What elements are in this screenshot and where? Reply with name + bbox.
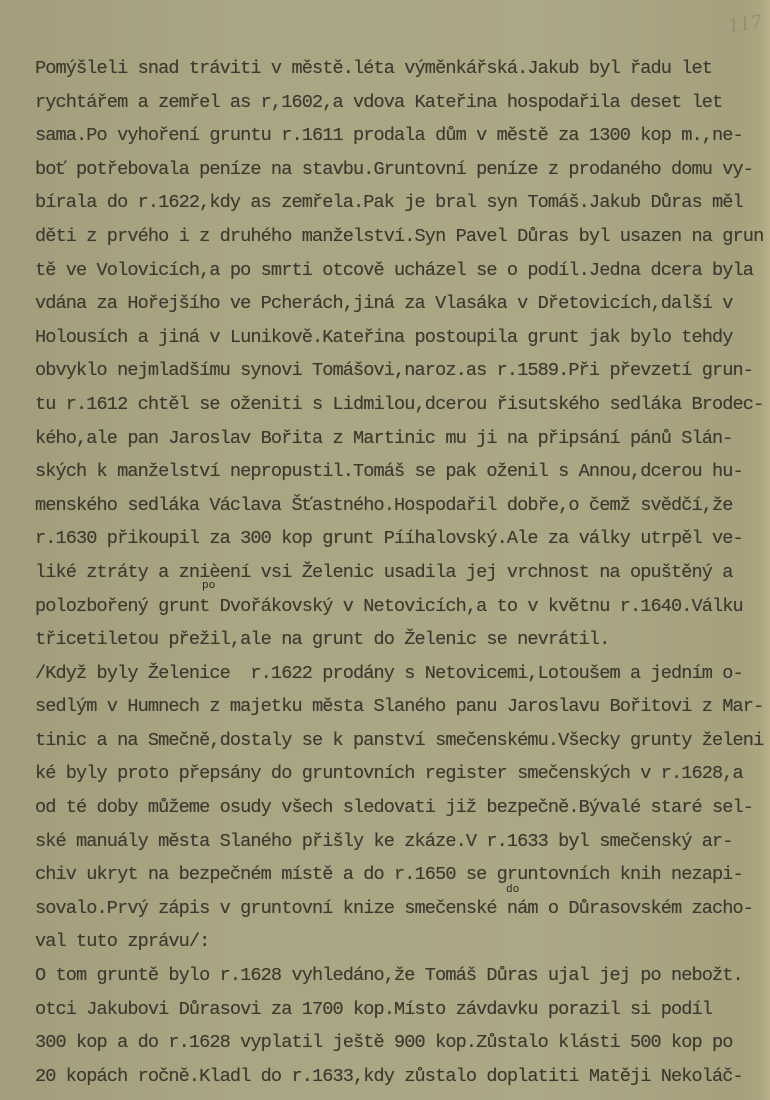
text-line: vdána za Hořejšího ve Pcherách,jiná za V… [35,287,770,321]
text-line: Pomýšleli snad tráviti v městě.léta výmě… [35,52,770,86]
text-line: 20 kopách ročně.Kladl do r.1633,kdy zůst… [35,1060,770,1094]
text-line: menského sedláka Václava Šťastného.Hospo… [35,489,770,523]
text-line: sedlým v Humnech z majetku města Slaného… [35,690,770,724]
text-line: /Když byly Želenice r.1622 prodány s Net… [35,657,770,691]
text-line: kého,ale pan Jaroslav Bořita z Martinic … [35,422,770,456]
text-line: otci Jakubovi Důrasovi za 1700 kop.Místo… [35,993,770,1027]
text-line: rychtářem a zemřel as r,1602,a vdova Kat… [35,86,770,120]
typewritten-body: Pomýšleli snad tráviti v městě.léta výmě… [35,52,770,1093]
text-line: boť potřebovala peníze na stavbu.Gruntov… [35,153,770,187]
text-line: polozbořený grunt Dvořákovský v Netovicí… [35,590,770,624]
text-line: tě ve Volovicích,a po smrti otcově ucház… [35,254,770,288]
text-line: ských k manželství nepropustil.Tomáš se … [35,455,770,489]
text-line: ké byly proto přepsány do gruntovních re… [35,757,770,791]
text-line: sama.Po vyhoření gruntu r.1611 prodala d… [35,119,770,153]
text-line: r.1630 přikoupil za 300 kop grunt Pííhal… [35,522,770,556]
document-page: 117 Pomýšleli snad tráviti v městě.léta … [0,0,770,1100]
text-line: chiv ukryt na bezpečném místě a do r.165… [35,858,770,892]
text-line: obvyklo nejmladšímu synovi Tomášovi,naro… [35,354,770,388]
text-line: liké ztráty a znièení vsi Želenic usadil… [35,556,770,590]
text-line: val tuto zprávu/: [35,925,770,959]
text-line: tinic a na Smečně,dostaly se k panství s… [35,724,770,758]
text-line: děti z prvého i z druhého manželství.Syn… [35,220,770,254]
text-line: tu r.1612 chtěl se oženiti s Lidmilou,dc… [35,388,770,422]
text-line: ské manuály města Slaného přišly ke zkáz… [35,825,770,859]
text-line: sovalo.Prvý zápis v gruntovní knize smeč… [35,892,770,926]
text-line: třicetiletou přežil,ale na grunt do Žele… [35,623,770,657]
text-line: bírala do r.1622,kdy as zemřela.Pak je b… [35,186,770,220]
handwritten-insert-do: do [506,884,519,896]
text-line: 300 kop a do r.1628 vyplatil ještě 900 k… [35,1026,770,1060]
text-line: Holousích a jiná v Lunikově.Kateřina pos… [35,321,770,355]
text-line: od té doby můžeme osudy všech sledovati … [35,791,770,825]
page-number: 117 [726,11,763,38]
text-line: O tom gruntě bylo r.1628 vyhledáno,že To… [35,959,770,993]
handwritten-insert-po: po [202,580,215,592]
